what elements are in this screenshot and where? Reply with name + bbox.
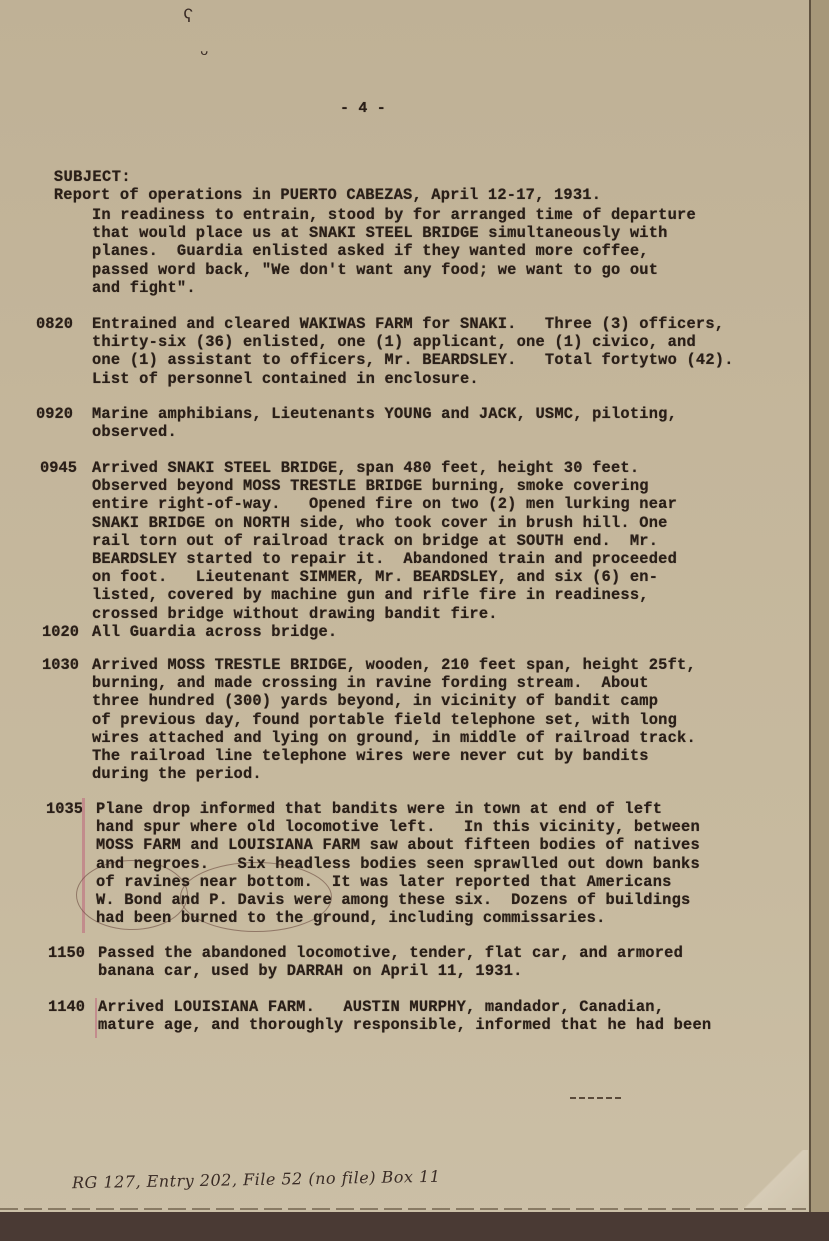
text-line: The railroad line telephone wires were n… <box>92 747 792 765</box>
page-edge <box>811 0 829 1241</box>
text-line: observed. <box>92 423 792 441</box>
text-line: All Guardia across bridge. <box>92 623 792 641</box>
text-line: passed word back, "We don't want any foo… <box>92 261 792 279</box>
log-entry: Plane drop informed that bandits were in… <box>96 800 796 927</box>
text-line: that would place us at SNAKI STEEL BRIDG… <box>92 224 792 242</box>
entry-time: 1150 <box>48 944 85 962</box>
log-entry: Entrained and cleared WAKIWAS FARM for S… <box>92 315 792 388</box>
text-line: Marine amphibians, Lieutenants YOUNG and… <box>92 405 792 423</box>
log-entry: Passed the abandoned locomotive, tender,… <box>98 944 798 980</box>
text-line: and fight". <box>92 279 792 297</box>
text-line: Entrained and cleared WAKIWAS FARM for S… <box>92 315 792 333</box>
text-line: List of personnel contained in enclosure… <box>92 370 792 388</box>
entry-time: 1035 <box>46 800 83 818</box>
text-line: burning, and made crossing in ravine for… <box>92 674 792 692</box>
text-line: entire right-of-way. Opened fire on two … <box>92 495 792 513</box>
entry-time: 1030 <box>42 656 79 674</box>
text-line: listed, covered by machine gun and rifle… <box>92 586 792 604</box>
page-corner-fold <box>740 1150 808 1210</box>
text-line: Arrived LOUISIANA FARM. AUSTIN MURPHY, m… <box>98 998 798 1016</box>
text-line: Arrived SNAKI STEEL BRIDGE, span 480 fee… <box>92 459 792 477</box>
ink-smudge: ʕ <box>183 8 194 28</box>
log-entry: All Guardia across bridge. <box>92 623 792 641</box>
text-line: of previous day, found portable field te… <box>92 711 792 729</box>
text-line: Observed beyond MOSS TRESTLE BRIDGE burn… <box>92 477 792 495</box>
text-line: BEARDSLEY started to repair it. Abandone… <box>92 550 792 568</box>
text-line: on foot. Lieutenant SIMMER, Mr. BEARDSLE… <box>92 568 792 586</box>
subject-line: SUBJECT: Report of operations in PUERTO … <box>35 150 601 205</box>
text-line: MOSS FARM and LOUISIANA FARM saw about f… <box>96 836 796 854</box>
text-line: Passed the abandoned locomotive, tender,… <box>98 944 798 962</box>
text-line: wires attached and lying on ground, in m… <box>92 729 792 747</box>
text-line: hand spur where old locomotive left. In … <box>96 818 796 836</box>
dashed-mark <box>570 1097 622 1099</box>
text-line: SNAKI BRIDGE on NORTH side, who took cov… <box>92 514 792 532</box>
text-line: one (1) assistant to officers, Mr. BEARD… <box>92 351 792 369</box>
text-line: mature age, and thoroughly responsible, … <box>98 1016 798 1034</box>
text-line: crossed bridge without drawing bandit fi… <box>92 605 792 623</box>
text-line: three hundred (300) yards beyond, in vic… <box>92 692 792 710</box>
log-entry: Arrived MOSS TRESTLE BRIDGE, wooden, 210… <box>92 656 792 783</box>
log-entry: Marine amphibians, Lieutenants YOUNG and… <box>92 405 792 441</box>
page-number: - 4 - <box>340 100 386 118</box>
text-line: of ravines near bottom. It was later rep… <box>96 873 796 891</box>
entry-time: 1020 <box>42 623 79 641</box>
text-line: banana car, used by DARRAH on April 11, … <box>98 962 798 980</box>
text-line: rail torn out of railroad track on bridg… <box>92 532 792 550</box>
entry-time: 0920 <box>36 405 73 423</box>
text-line: planes. Guardia enlisted asked if they w… <box>92 242 792 260</box>
page-bottom-edge <box>0 1208 806 1210</box>
intro-paragraph: In readiness to entrain, stood by for ar… <box>92 206 792 297</box>
entry-time: 0820 <box>36 315 73 333</box>
text-line: and negroes. Six headless bodies seen sp… <box>96 855 796 873</box>
text-line: Arrived MOSS TRESTLE BRIDGE, wooden, 210… <box>92 656 792 674</box>
background-shadow <box>0 1212 829 1241</box>
log-entry: Arrived LOUISIANA FARM. AUSTIN MURPHY, m… <box>98 998 798 1034</box>
text-line: thirty-six (36) enlisted, one (1) applic… <box>92 333 792 351</box>
text-line: had been burned to the ground, including… <box>96 909 796 927</box>
entry-time: 1140 <box>48 998 85 1016</box>
subject-label: SUBJECT: <box>54 168 131 186</box>
subject-text: Report of operations in PUERTO CABEZAS, … <box>54 186 601 204</box>
text-line: during the period. <box>92 765 792 783</box>
log-entry: Arrived SNAKI STEEL BRIDGE, span 480 fee… <box>92 459 792 623</box>
text-line: Plane drop informed that bandits were in… <box>96 800 796 818</box>
text-line: In readiness to entrain, stood by for ar… <box>92 206 792 224</box>
text-line: W. Bond and P. Davis were among these si… <box>96 891 796 909</box>
entry-time: 0945 <box>40 459 77 477</box>
red-pencil-margin-mark <box>95 998 97 1038</box>
ink-smudge: ᴗ <box>200 44 208 60</box>
